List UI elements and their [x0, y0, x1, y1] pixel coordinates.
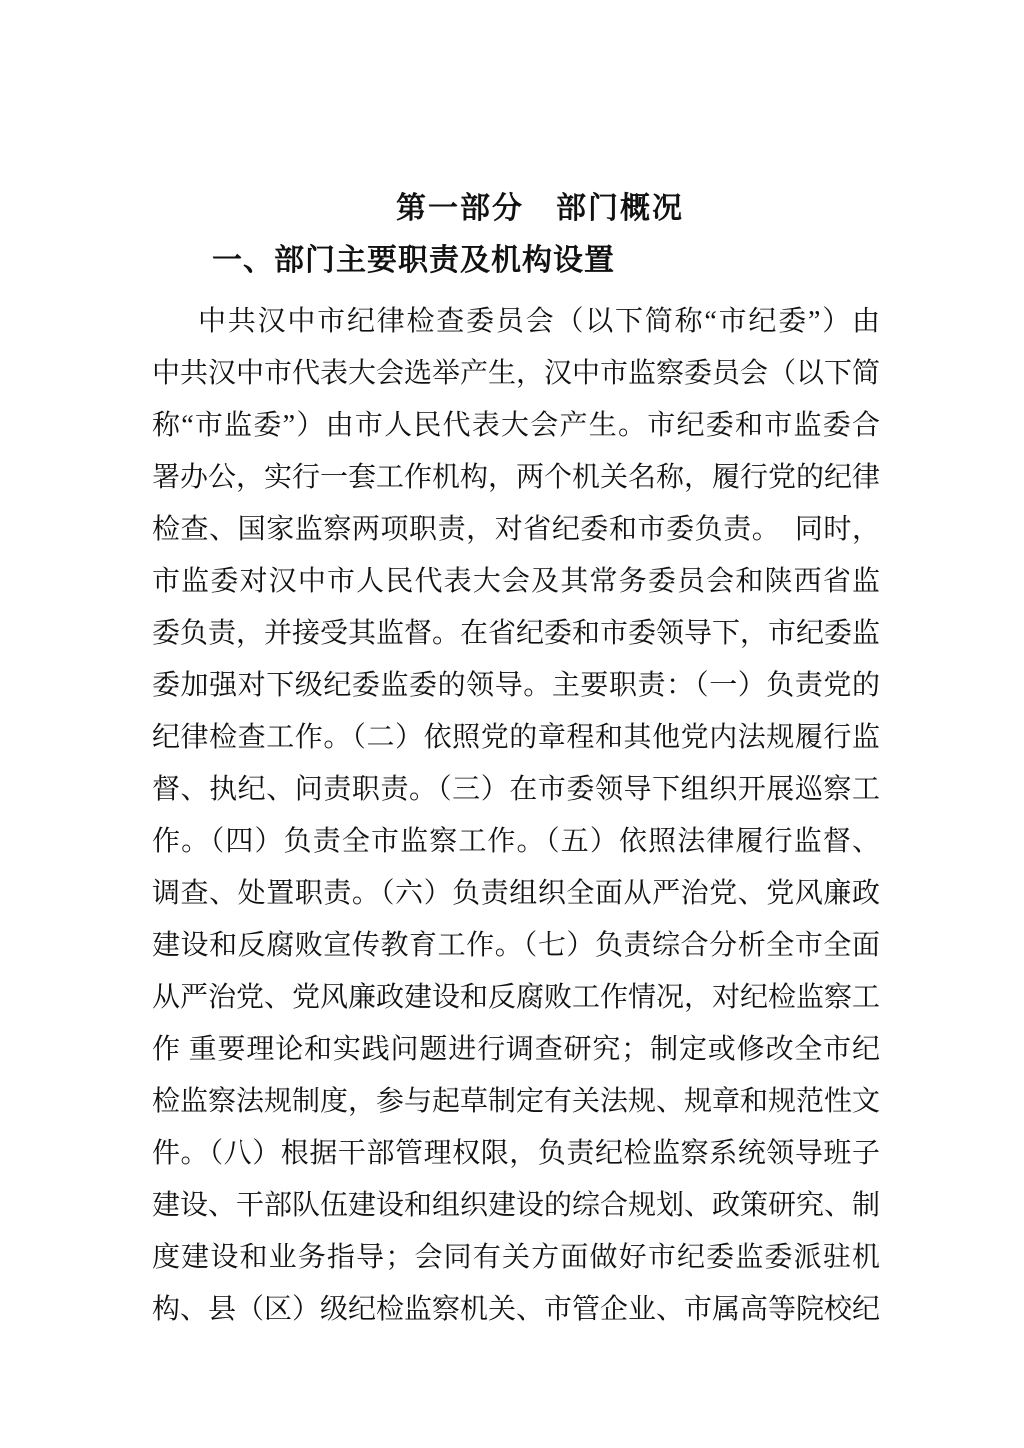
paragraph-line: 检查、国家监察两项职责，对省纪委和市委负责。 同时，	[152, 504, 880, 556]
paragraph-line: 检监察法规制度，参与起草制定有关法规、规章和规范性文	[152, 1076, 880, 1128]
body-paragraph: 中共汉中市纪律检查委员会（以下简称“市纪委”）由中共汉中市代表大会选举产生，汉中…	[152, 296, 880, 1336]
paragraph-line: 建设和反腐败宣传教育工作。（七）负责综合分析全市全面	[152, 920, 880, 972]
paragraph-line: 委负责，并接受其监督。在省纪委和市委领导下，市纪委监	[152, 608, 880, 660]
paragraph-line: 中共汉中市代表大会选举产生，汉中市监察委员会（以下简	[152, 348, 880, 400]
paragraph-line: 作 重要理论和实践问题进行调查研究；制定或修改全市纪	[152, 1024, 880, 1076]
document-page: 第一部分 部门概况 一、部门主要职责及机构设置 中共汉中市纪律检查委员会（以下简…	[0, 0, 1024, 1448]
paragraph-line: 纪律检查工作。（二）依照党的章程和其他党内法规履行监	[152, 712, 880, 764]
paragraph-line: 度建设和业务指导；会同有关方面做好市纪委监委派驻机	[152, 1232, 880, 1284]
document-title: 第一部分 部门概况	[176, 188, 904, 230]
paragraph-line: 件。（八）根据干部管理权限，负责纪检监察系统领导班子	[152, 1128, 880, 1180]
paragraph-line: 建设、干部队伍建设和组织建设的综合规划、政策研究、制	[152, 1180, 880, 1232]
paragraph-line: 称“市监委”）由市人民代表大会产生。市纪委和市监委合	[152, 400, 880, 452]
paragraph-line: 市监委对汉中市人民代表大会及其常务委员会和陕西省监	[152, 556, 880, 608]
section-heading: 一、部门主要职责及机构设置	[152, 240, 880, 282]
paragraph-line: 中共汉中市纪律检查委员会（以下简称“市纪委”）由	[152, 296, 880, 348]
paragraph-line: 作。（四）负责全市监察工作。（五）依照法律履行监督、	[152, 816, 880, 868]
paragraph-line: 署办公，实行一套工作机构，两个机关名称，履行党的纪律	[152, 452, 880, 504]
paragraph-line: 从严治党、党风廉政建设和反腐败工作情况，对纪检监察工	[152, 972, 880, 1024]
paragraph-line: 构、县（区）级纪检监察机关、市管企业、市属高等院校纪	[152, 1284, 880, 1336]
paragraph-line: 委加强对下级纪委监委的领导。主要职责：（一）负责党的	[152, 660, 880, 712]
paragraph-line: 督、执纪、问责职责。（三）在市委领导下组织开展巡察工	[152, 764, 880, 816]
paragraph-line: 调查、处置职责。（六）负责组织全面从严治党、党风廉政	[152, 868, 880, 920]
